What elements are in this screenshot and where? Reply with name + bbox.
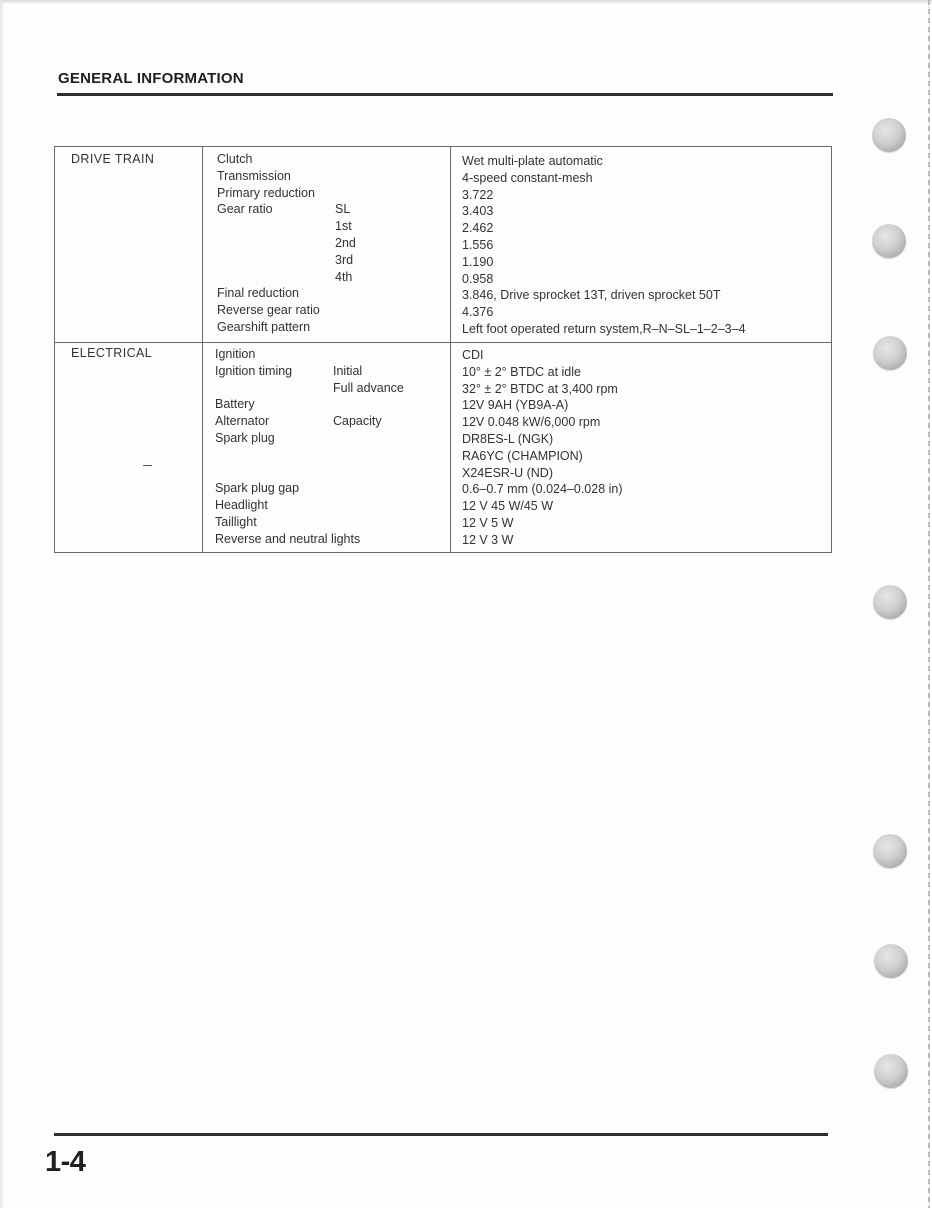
page-number: 1-4 (45, 1146, 85, 1179)
spec-value: RA6YC (CHAMPION) (462, 448, 623, 465)
section-divider (55, 342, 831, 343)
spec-sublabel: Full advance (333, 380, 404, 397)
spec-sublabel: 1st (335, 218, 352, 235)
spec-label: Ignition timing (215, 363, 292, 380)
spec-value: 32° ± 2° BTDC at 3,400 rpm (462, 381, 623, 398)
spec-label: Spark plug gap (215, 480, 299, 497)
spec-label: Primary reduction (217, 185, 315, 202)
spec-sublabel: Capacity (333, 413, 382, 430)
spec-label: Alternator (215, 413, 269, 430)
binder-hole (873, 585, 907, 619)
section-title: GENERAL INFORMATION (58, 70, 244, 87)
spec-value: 3.846, Drive sprocket 13T, driven sprock… (462, 287, 746, 304)
header-rule (57, 93, 833, 96)
spec-value: 0.958 (462, 271, 746, 288)
binder-hole (873, 336, 907, 370)
spec-value: 12 V 45 W/45 W (462, 498, 623, 515)
binder-hole (874, 1054, 908, 1088)
spec-value: 3.403 (462, 203, 746, 220)
spec-value: 10° ± 2° BTDC at idle (462, 364, 623, 381)
spec-value: CDI (462, 347, 623, 364)
category-drive-train: DRIVE TRAIN (71, 151, 154, 168)
spec-label: Battery (215, 396, 255, 413)
scan-top-shadow (0, 0, 932, 4)
spec-label: Clutch (217, 151, 252, 168)
spec-value: 12V 9AH (YB9A-A) (462, 397, 623, 414)
binder-hole (874, 944, 908, 978)
spec-value: 0.6–0.7 mm (0.024–0.028 in) (462, 481, 623, 498)
spec-sublabel: Initial (333, 363, 362, 380)
spec-value: Wet multi-plate automatic (462, 153, 746, 170)
spec-value: 12 V 5 W (462, 515, 623, 532)
column-divider (450, 147, 451, 552)
footer-rule (54, 1133, 828, 1136)
spec-value: DR8ES-L (NGK) (462, 431, 623, 448)
spec-label: Final reduction (217, 285, 299, 302)
category-electrical: ELECTRICAL (71, 345, 152, 362)
spec-value: X24ESR-U (ND) (462, 465, 623, 482)
spec-sublabel: 2nd (335, 235, 356, 252)
stray-dash-mark (143, 465, 152, 466)
spec-value: 4-speed constant-mesh (462, 170, 746, 187)
spec-value: 3.722 (462, 187, 746, 204)
spec-value: 2.462 (462, 220, 746, 237)
spec-sublabel: SL (335, 201, 350, 218)
spec-value: 1.556 (462, 237, 746, 254)
spec-value: 1.190 (462, 254, 746, 271)
spec-label: Spark plug (215, 430, 275, 447)
spec-value: 12V 0.048 kW/6,000 rpm (462, 414, 623, 431)
electrical-values: CDI10° ± 2° BTDC at idle32° ± 2° BTDC at… (462, 347, 623, 549)
scan-left-shadow (0, 0, 4, 1208)
spec-label: Transmission (217, 168, 291, 185)
spec-value: Left foot operated return system,R–N–SL–… (462, 321, 746, 338)
binder-hole (872, 118, 906, 152)
spec-label: Taillight (215, 514, 257, 531)
spec-sublabel: 3rd (335, 252, 353, 269)
drive-train-values: Wet multi-plate automatic4-speed constan… (462, 153, 746, 338)
column-divider (202, 147, 203, 552)
spec-table: DRIVE TRAIN ELECTRICAL ClutchTransmissio… (54, 146, 832, 553)
spec-label: Gearshift pattern (217, 319, 310, 336)
page-edge (928, 0, 930, 1208)
spec-label: Reverse and neutral lights (215, 531, 360, 548)
spec-label: Gear ratio (217, 201, 273, 218)
spec-value: 12 V 3 W (462, 532, 623, 549)
spec-label: Ignition (215, 346, 255, 363)
spec-sublabel: 4th (335, 269, 352, 286)
binder-hole (873, 834, 907, 868)
spec-value: 4.376 (462, 304, 746, 321)
binder-hole (872, 224, 906, 258)
spec-label: Reverse gear ratio (217, 302, 320, 319)
spec-label: Headlight (215, 497, 268, 514)
